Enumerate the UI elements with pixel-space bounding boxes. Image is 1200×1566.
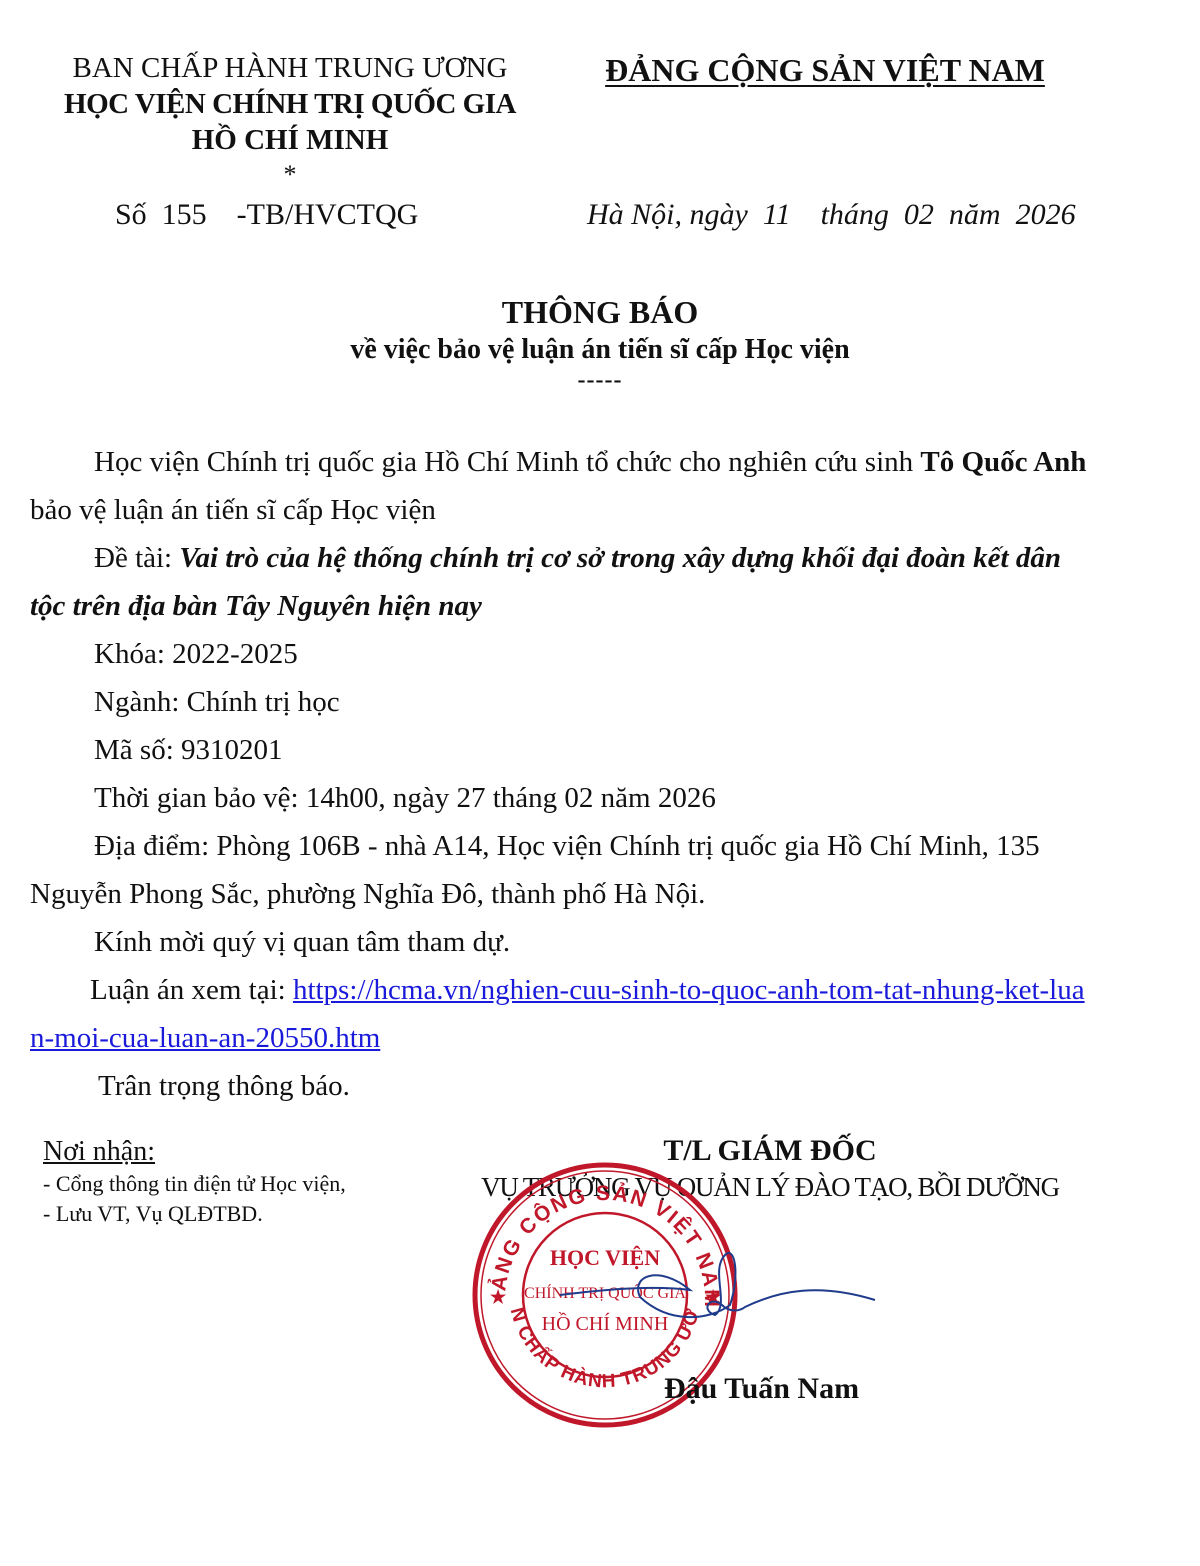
org-line-2: HỌC VIỆN CHÍNH TRỊ QUỐC GIA	[30, 86, 550, 122]
document-number: Số 155 -TB/HVCTQG	[115, 198, 418, 232]
thesis-topic: Vai trò của hệ thống chính trị cơ sở tro…	[30, 542, 1061, 622]
party-header: ĐẢNG CỘNG SẢN VIỆT NAM	[570, 50, 1080, 90]
org-line-3: HỒ CHÍ MINH	[30, 122, 550, 158]
major: Ngành: Chính trị học	[30, 678, 1090, 726]
document-subtitle: về việc bảo vệ luận án tiến sĩ cấp Học v…	[0, 331, 1200, 369]
signer-name: Đậu Tuấn Nam	[664, 1372, 859, 1406]
title-separator: -----	[0, 369, 1200, 391]
topic-label: Đề tài:	[94, 542, 179, 574]
course: Khóa: 2022-2025	[30, 630, 1090, 678]
issuing-organization: BAN CHẤP HÀNH TRUNG ƯƠNG HỌC VIỆN CHÍNH …	[30, 50, 550, 188]
document-title: THÔNG BÁO	[0, 293, 1200, 331]
defense-location: Địa điểm: Phòng 106B - nhà A14, Học viện…	[30, 822, 1090, 918]
intro-paragraph: Học viện Chính trị quốc gia Hồ Chí Minh …	[30, 438, 1090, 534]
thesis-link-paragraph: Luận án xem tại: https://hcma.vn/nghien-…	[30, 966, 1090, 1062]
handwritten-signature-icon	[540, 1235, 890, 1345]
candidate-name: Tô Quốc Anh	[920, 446, 1086, 478]
recipients-heading: Nơi nhận:	[43, 1135, 346, 1169]
recipient-item: - Lưu VT, Vụ QLĐTBD.	[43, 1199, 346, 1229]
recipient-item: - Cổng thông tin điện tử Học viện,	[43, 1169, 346, 1199]
topic-paragraph: Đề tài: Vai trò của hệ thống chính trị c…	[30, 534, 1090, 630]
defense-time: Thời gian bảo vệ: 14h00, ngày 27 tháng 0…	[30, 774, 1090, 822]
org-line-1: BAN CHẤP HÀNH TRUNG ƯƠNG	[30, 50, 550, 86]
svg-text:★: ★	[490, 1287, 507, 1307]
major-code: Mã số: 9310201	[30, 726, 1090, 774]
party-name: ĐẢNG CỘNG SẢN VIỆT NAM	[570, 50, 1080, 90]
closing: Trân trọng thông báo.	[30, 1062, 1090, 1110]
document-title-block: THÔNG BÁO về việc bảo vệ luận án tiến sĩ…	[0, 293, 1200, 391]
invitation: Kính mời quý vị quan tâm tham dự.	[30, 918, 1090, 966]
place-and-date: Hà Nội, ngày 11 tháng 02 năm 2026	[587, 198, 1076, 232]
recipients-block: Nơi nhận: - Cổng thông tin điện tử Học v…	[43, 1135, 346, 1229]
thesis-link-label: Luận án xem tại:	[90, 974, 293, 1006]
star-icon: *	[30, 162, 550, 188]
